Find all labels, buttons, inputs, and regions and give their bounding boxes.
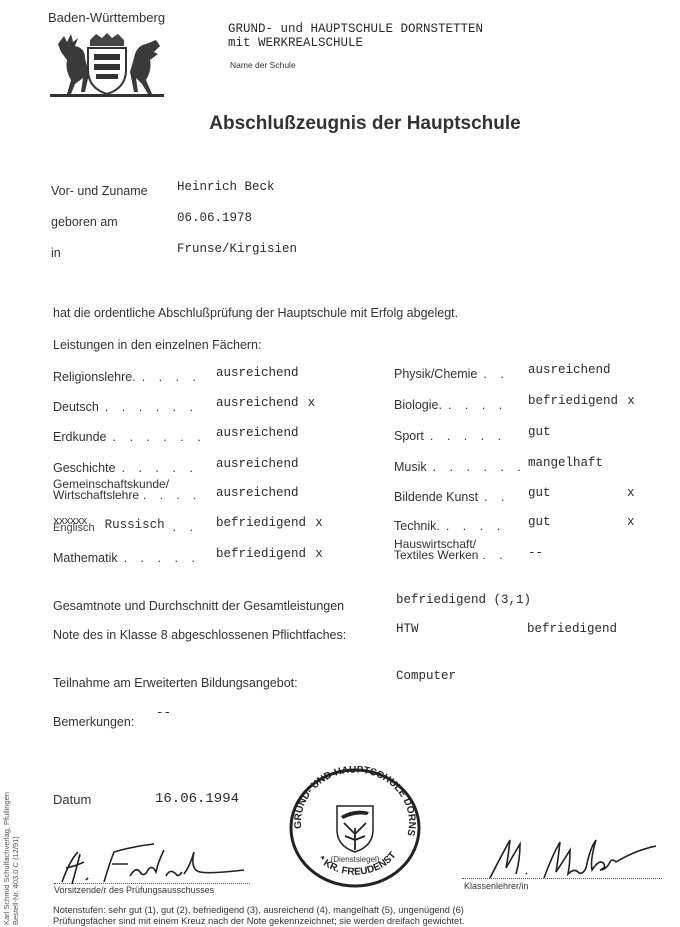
subject-grade: ausreichend [216, 396, 299, 410]
subject-row: Erdkunde. . . . . .ausreichend [53, 430, 353, 454]
teacher-label: Klassenlehrer/in [464, 881, 529, 891]
leader-dots: . . . . . [124, 551, 200, 565]
leader-dots: . . . . . [122, 461, 198, 475]
subject-name-line2: Textiles Werken [394, 548, 478, 562]
school-name-label: Name der Schule [230, 60, 296, 70]
subject-grade: gut [528, 486, 551, 500]
state-name: Baden-Württemberg [48, 10, 165, 25]
place-value: Frunse/Kirgisien [177, 242, 297, 256]
leader-dots: . . . . . . [433, 460, 526, 474]
exam-statement: hat die ordentliche Abschlußprüfung der … [53, 306, 458, 320]
exam-subject-mark: x [627, 515, 635, 529]
overall-value: befriedigend (3,1) [396, 593, 531, 607]
subject-row: Bildende Kunst. .gutx [394, 490, 654, 514]
birth-label: geboren am [51, 215, 118, 229]
replacement-subject-name: Russisch [105, 518, 165, 532]
subject-grade: ausreichend [528, 363, 611, 377]
subject-name: Deutsch. . . . . . [53, 400, 198, 414]
exam-subjects-note: Prüfungsfächer sind mit einem Kreuz nach… [53, 916, 464, 927]
subject-grade: ausreichend [216, 457, 299, 471]
subject-grade: gut [528, 515, 551, 529]
subject-grade: ausreichend [216, 366, 299, 380]
exam-subject-mark: x [627, 486, 635, 500]
subject-name: Musik. . . . . . [394, 460, 526, 474]
school-name-line2: mit WERKREALSCHULE [228, 36, 363, 50]
class8-grade: befriedigend [527, 622, 617, 636]
teacher-signature-line [462, 878, 662, 879]
birth-value: 06.06.1978 [177, 211, 252, 225]
leader-dots: . . . . [448, 398, 507, 412]
overtype-marks: xxxxxx [53, 516, 87, 528]
subject-row: Mathematik. . . . .befriedigendx [53, 551, 353, 575]
subject-name: Geschichte. . . . . [53, 461, 198, 475]
subject-grade: ausreichend [216, 426, 299, 440]
subject-name-line2: Wirtschaftslehre [53, 488, 139, 502]
subject-label: Geschichte [53, 461, 116, 475]
subject-name: EnglischxxxxxxRussisch. . [53, 520, 198, 535]
leader-dots: . . . . . . [105, 400, 198, 414]
subject-row: EnglischxxxxxxRussisch. .befriedigendx [53, 520, 353, 544]
leader-dots: . . . . [143, 488, 201, 502]
leader-dots: . . . . . [430, 429, 506, 443]
class8-label: Note des in Klasse 8 abgeschlossenen Pfl… [53, 628, 346, 642]
class8-subject: HTW [396, 622, 419, 636]
subject-grade: befriedigend [216, 516, 306, 530]
exam-subject-mark: x [627, 394, 635, 408]
subject-name: Mathematik. . . . . [53, 551, 200, 565]
leader-dots: . . . . . . [113, 430, 206, 444]
subject-name: Gemeinschaftskunde/Wirtschaftslehre. . .… [53, 479, 201, 501]
subject-grade: befriedigend [216, 547, 306, 561]
remarks-label: Bemerkungen: [53, 715, 134, 729]
subject-name: Erdkunde. . . . . . [53, 430, 206, 444]
subject-row: Gemeinschaftskunde/Wirtschaftslehre. . .… [53, 490, 353, 514]
subject-label: Erdkunde [53, 430, 107, 444]
subject-row: Physik/Chemie. .ausreichend [394, 367, 654, 391]
subject-label: Bildende Kunst [394, 490, 478, 504]
leader-dots: . . [484, 490, 509, 504]
subject-name: Physik/Chemie. . [394, 367, 509, 381]
document-title: Abschlußzeugnis der Hauptschule [0, 113, 680, 135]
footer-notes: Notenstufen: sehr gut (1), gut (2), befr… [53, 905, 464, 927]
remarks-value: -- [156, 706, 171, 720]
leader-dots: . . [482, 548, 507, 562]
extended-value: Computer [396, 669, 456, 683]
subject-grade: mangelhaft [528, 456, 603, 470]
exam-subject-mark: x [308, 396, 316, 410]
leader-dots: . . [483, 367, 508, 381]
subject-label: Biologie. [394, 398, 442, 412]
subject-row: Deutsch. . . . . .ausreichendx [53, 400, 353, 424]
subject-grade: ausreichend [216, 486, 299, 500]
leader-dots: . . . . [142, 370, 201, 384]
place-label: in [51, 246, 61, 260]
subject-row: Musik. . . . . .mangelhaft [394, 460, 654, 484]
subject-label: Sport [394, 429, 424, 443]
subject-name: Sport. . . . . [394, 429, 506, 443]
subject-label: Musik [394, 460, 427, 474]
extended-label: Teilnahme am Erweiterten Bildungsangebot… [53, 676, 298, 690]
subject-row: Sport. . . . .gut [394, 429, 654, 453]
name-label: Vor- und Zuname [51, 184, 148, 198]
school-name: GRUND- und HAUPTSCHULE DORNSTETTEN mit W… [228, 22, 483, 50]
subject-label: Technik. [394, 519, 440, 533]
chair-signature-icon [56, 842, 246, 888]
subject-label: Deutsch [53, 400, 99, 414]
subject-name: Hauswirtschaft/Textiles Werken. . [394, 539, 508, 561]
publisher-line2: Bestell-Nr. 403.0 C (12/91) [11, 792, 20, 925]
chair-signature-line [54, 883, 250, 884]
date-label: Datum [53, 792, 91, 807]
name-value: Heinrich Beck [177, 180, 275, 194]
date-value: 16.06.1994 [155, 791, 239, 807]
exam-subject-mark: x [315, 547, 323, 561]
subject-label: Religionslehre. [53, 370, 136, 384]
publisher-line1: Karl Schmid Schulfachverlag, Pfullingen [2, 792, 11, 925]
school-name-line1: GRUND- und HAUPTSCHULE DORNSTETTEN [228, 22, 483, 36]
subject-row: Religionslehre.. . . .ausreichend [53, 370, 353, 394]
overall-label: Gesamtnote und Durchschnitt der Gesamtle… [53, 599, 344, 613]
subject-name: Bildende Kunst. . [394, 490, 510, 504]
subject-label: Mathematik [53, 551, 118, 565]
subject-grade: befriedigend [528, 394, 618, 408]
publisher-info: Karl Schmid Schulfachverlag, Pfullingen … [2, 792, 20, 925]
chair-label: Vorsitzende/r des Prüfungsausschusses [54, 885, 214, 895]
subject-name: Religionslehre.. . . . [53, 370, 201, 384]
subject-row: Hauswirtschaft/Textiles Werken. .-- [394, 550, 654, 574]
svg-text:(Dienstsiegel): (Dienstsiegel) [331, 855, 380, 864]
grade-scale-note: Notenstufen: sehr gut (1), gut (2), befr… [53, 905, 464, 916]
subjects-heading: Leistungen in den einzelnen Fächern: [53, 338, 261, 352]
subject-row: Biologie.. . . .befriedigendx [394, 398, 654, 422]
subject-name: Technik.. . . . [394, 519, 505, 533]
subject-grade: gut [528, 425, 551, 439]
teacher-signature-icon [486, 832, 656, 882]
subject-label: Physik/Chemie [394, 367, 477, 381]
leader-dots: . . [173, 520, 198, 534]
subject-name: Biologie.. . . . [394, 398, 507, 412]
official-seal-icon: GRUND- UND HAUPTSCHULE DORNSTETTEN * KR.… [285, 766, 425, 890]
subject-grade: -- [528, 546, 543, 560]
exam-subject-mark: x [315, 516, 323, 530]
leader-dots: . . . . [446, 519, 505, 533]
coat-of-arms-icon [46, 30, 168, 100]
